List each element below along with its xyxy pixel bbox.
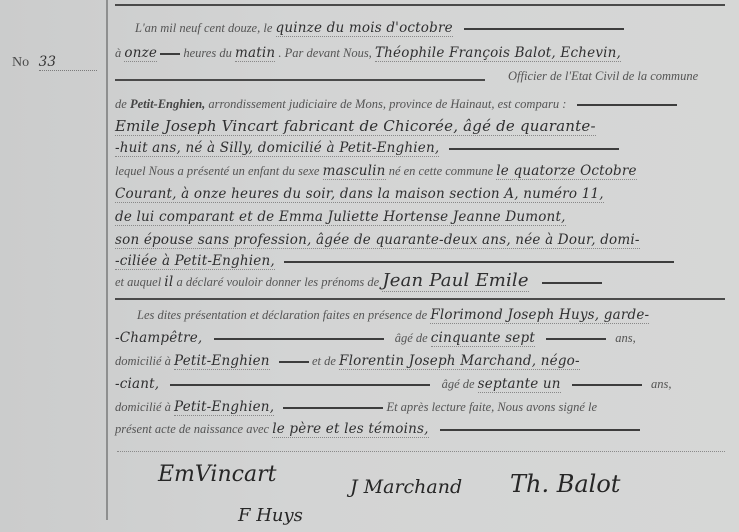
printed-text: heures du: [183, 46, 232, 60]
handwritten-place: Petit-Enghien,: [174, 399, 274, 416]
printed-text: âgé de: [395, 331, 428, 345]
margin-rule: [106, 0, 108, 520]
printed-text: L'an mil neuf cent douze, le: [135, 21, 272, 35]
printed-text: et auquel: [115, 275, 161, 289]
p2-line2: Emile Joseph Vincart fabricant de Chicor…: [115, 117, 596, 135]
fill-dash: [546, 338, 606, 340]
handwritten-place: Petit-Enghien: [174, 353, 270, 370]
handwritten-occupation: -Champêtre,: [115, 330, 202, 346]
handwritten-period: matin: [235, 45, 275, 62]
printed-text: Les dites présentation et déclaration fa…: [137, 308, 427, 322]
acte-number-label: No: [12, 55, 29, 70]
p2-line8: -ciliée à Petit-Enghien,: [115, 253, 674, 269]
printed-text: âgé de: [442, 377, 475, 391]
fill-dash: [214, 338, 384, 340]
printed-text: présent acte de naissance avec: [115, 422, 269, 436]
handwritten-declarant: Emile Joseph Vincart fabricant de Chicor…: [115, 117, 596, 136]
printed-text: ans,: [651, 377, 672, 391]
signature-officer: Th. Balot: [510, 470, 620, 498]
fill-dash: [160, 53, 180, 55]
acte-number-value: 33: [39, 54, 97, 71]
printed-text: Et après lecture faite, Nous avons signé…: [386, 400, 597, 414]
p1-line1: L'an mil neuf cent douze, le quinze du m…: [135, 20, 624, 36]
printed-text: a déclaré vouloir donner les prénoms de: [176, 275, 379, 289]
printed-text: domicilié à: [115, 354, 171, 368]
handwritten-age: septante un: [478, 376, 561, 393]
handwritten-birth-date: le quatorze Octobre: [496, 163, 636, 180]
fill-dash: [284, 261, 674, 263]
fill-dash: [449, 148, 619, 150]
fill-dash: [572, 384, 642, 386]
p2-line5: Courant, à onze heures du soir, dans la …: [115, 186, 604, 202]
printed-text: et de: [312, 354, 336, 368]
handwritten-officer: Théophile François Balot, Echevin,: [375, 45, 621, 62]
printed-text: arrondissement judiciaire de Mons, provi…: [208, 97, 566, 111]
p2-line1: de Petit-Enghien, arrondissement judicia…: [115, 97, 677, 112]
register-page: No 33 L'an mil neuf cent douze, le quinz…: [0, 0, 739, 532]
handwritten-text: son épouse sans profession, âgée de quar…: [115, 232, 640, 249]
fill-dash: [542, 282, 602, 284]
rule: [115, 79, 485, 81]
p2-line6: de lui comparant et de Emma Juliette Hor…: [115, 209, 566, 225]
fill-dash: [279, 361, 309, 363]
p3-line5: domicilié à Petit-Enghien, Et après lect…: [115, 399, 597, 415]
p1-line2: à onze heures du matin . Par devant Nous…: [115, 45, 621, 61]
top-rule: [115, 4, 725, 6]
fill-dash: [283, 407, 383, 409]
p3-line6: présent acte de naissance avec le père e…: [115, 421, 640, 437]
handwritten-given-names: Jean Paul Emile: [382, 270, 528, 292]
handwritten-pronoun: il: [164, 274, 173, 290]
p2-line9: et auquel il a déclaré vouloir donner le…: [115, 270, 602, 291]
handwritten-text: de lui comparant et de Emma Juliette Hor…: [115, 209, 566, 226]
handwritten-text: Courant, à onze heures du soir, dans la …: [115, 186, 604, 203]
handwritten-text: -ciliée à Petit-Enghien,: [115, 253, 275, 270]
p1-line3: Officier de l'Etat Civil de la commune: [508, 69, 698, 84]
p3-line3: domicilié à Petit-Enghien et de Florenti…: [115, 353, 580, 369]
printed-text: . Par devant Nous,: [278, 46, 371, 60]
p3-line1: Les dites présentation et déclaration fa…: [137, 307, 649, 323]
printed-text: né en cette commune: [389, 164, 493, 178]
handwritten-witness1: Florimond Joseph Huys, garde-: [430, 307, 649, 324]
handwritten-occupation: -ciant,: [115, 376, 159, 392]
signature-witness-huys: F Huys: [238, 505, 303, 526]
printed-text: à: [115, 46, 121, 60]
commune-name: Petit-Enghien,: [130, 97, 205, 111]
p3-line2: -Champêtre, âgé de cinquante sept ans,: [115, 330, 636, 346]
printed-text: de: [115, 97, 127, 111]
fill-dash: [464, 28, 624, 30]
signature-witness-marchand: J Marchand: [350, 476, 462, 498]
p3-line4: -ciant, âgé de septante un ans,: [115, 376, 671, 392]
fill-dash: [170, 384, 430, 386]
rule: [115, 298, 725, 300]
handwritten-witness2: Florentin Joseph Marchand, négo-: [339, 353, 580, 370]
signature-separator: [117, 451, 725, 452]
signature-father: EmVincart: [158, 462, 276, 487]
printed-text: Officier de l'Etat Civil de la commune: [508, 69, 698, 83]
p2-line7: son épouse sans profession, âgée de quar…: [115, 232, 640, 248]
handwritten-hour: onze: [124, 45, 157, 62]
printed-text: lequel Nous a présenté un enfant du sexe: [115, 164, 319, 178]
printed-text: domicilié à: [115, 400, 171, 414]
p2-line3: -huit ans, né à Silly, domicilié à Petit…: [115, 140, 619, 156]
handwritten-text: le père et les témoins,: [272, 421, 428, 438]
handwritten-sex: masculin: [323, 163, 386, 180]
handwritten-text: -huit ans, né à Silly, domicilié à Petit…: [115, 140, 439, 157]
acte-number: No 33: [12, 54, 97, 71]
handwritten-age: cinquante sept: [431, 330, 535, 347]
fill-dash: [440, 429, 640, 431]
fill-dash: [577, 104, 677, 106]
handwritten-date: quinze du mois d'octobre: [276, 20, 453, 37]
printed-text: ans,: [615, 331, 636, 345]
p2-line4: lequel Nous a présenté un enfant du sexe…: [115, 163, 637, 179]
